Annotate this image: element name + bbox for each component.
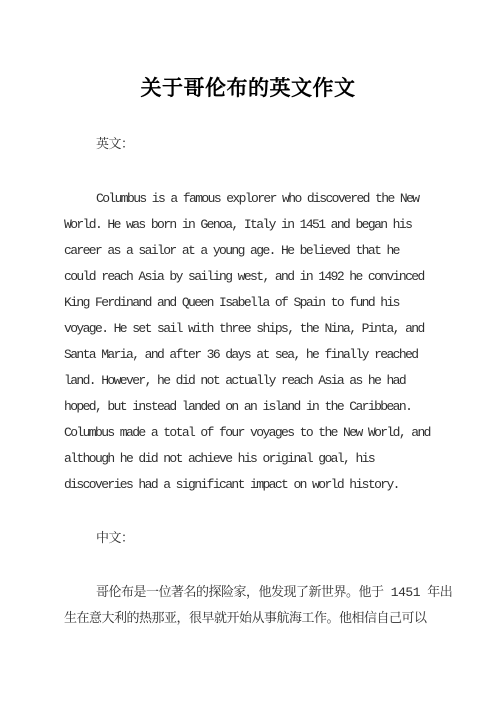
- text-line: 哥伦布是一位著名的探险家，他发现了新世界。他于 1451 年出: [64, 580, 440, 606]
- text-line: land. However, he did not actually reach…: [64, 368, 440, 394]
- text-line: 生在意大利的热那亚，很早就开始从事航海工作。他相信自己可以: [64, 606, 440, 632]
- text-line: although he did not achieve his original…: [64, 446, 440, 472]
- text-line: hoped, but instead landed on an island i…: [64, 394, 440, 420]
- text-line: World. He was born in Genoa, Italy in 14…: [64, 212, 440, 238]
- document-page: 关于哥伦布的英文作文 英文： Columbus is a famous expl…: [0, 0, 496, 702]
- text-line: voyage. He set sail with three ships, th…: [64, 316, 440, 342]
- page-title: 关于哥伦布的英文作文: [0, 0, 496, 104]
- text-line: King Ferdinand and Queen Isabella of Spa…: [64, 290, 440, 316]
- english-paragraph: Columbus is a famous explorer who discov…: [64, 186, 440, 498]
- text-line: Santa Maria, and after 36 days at sea, h…: [64, 342, 440, 368]
- chinese-paragraph: 哥伦布是一位著名的探险家，他发现了新世界。他于 1451 年出生在意大利的热那亚…: [64, 580, 440, 632]
- text-line: Columbus is a famous explorer who discov…: [64, 186, 440, 212]
- text-line: Columbus made a total of four voyages to…: [64, 420, 440, 446]
- chinese-section-label: 中文：: [64, 526, 436, 552]
- text-line: discoveries had a significant impact on …: [64, 472, 440, 498]
- text-line: career as a sailor at a young age. He be…: [64, 238, 440, 264]
- text-line: could reach Asia by sailing west, and in…: [64, 264, 440, 290]
- english-section-label: 英文：: [64, 132, 436, 158]
